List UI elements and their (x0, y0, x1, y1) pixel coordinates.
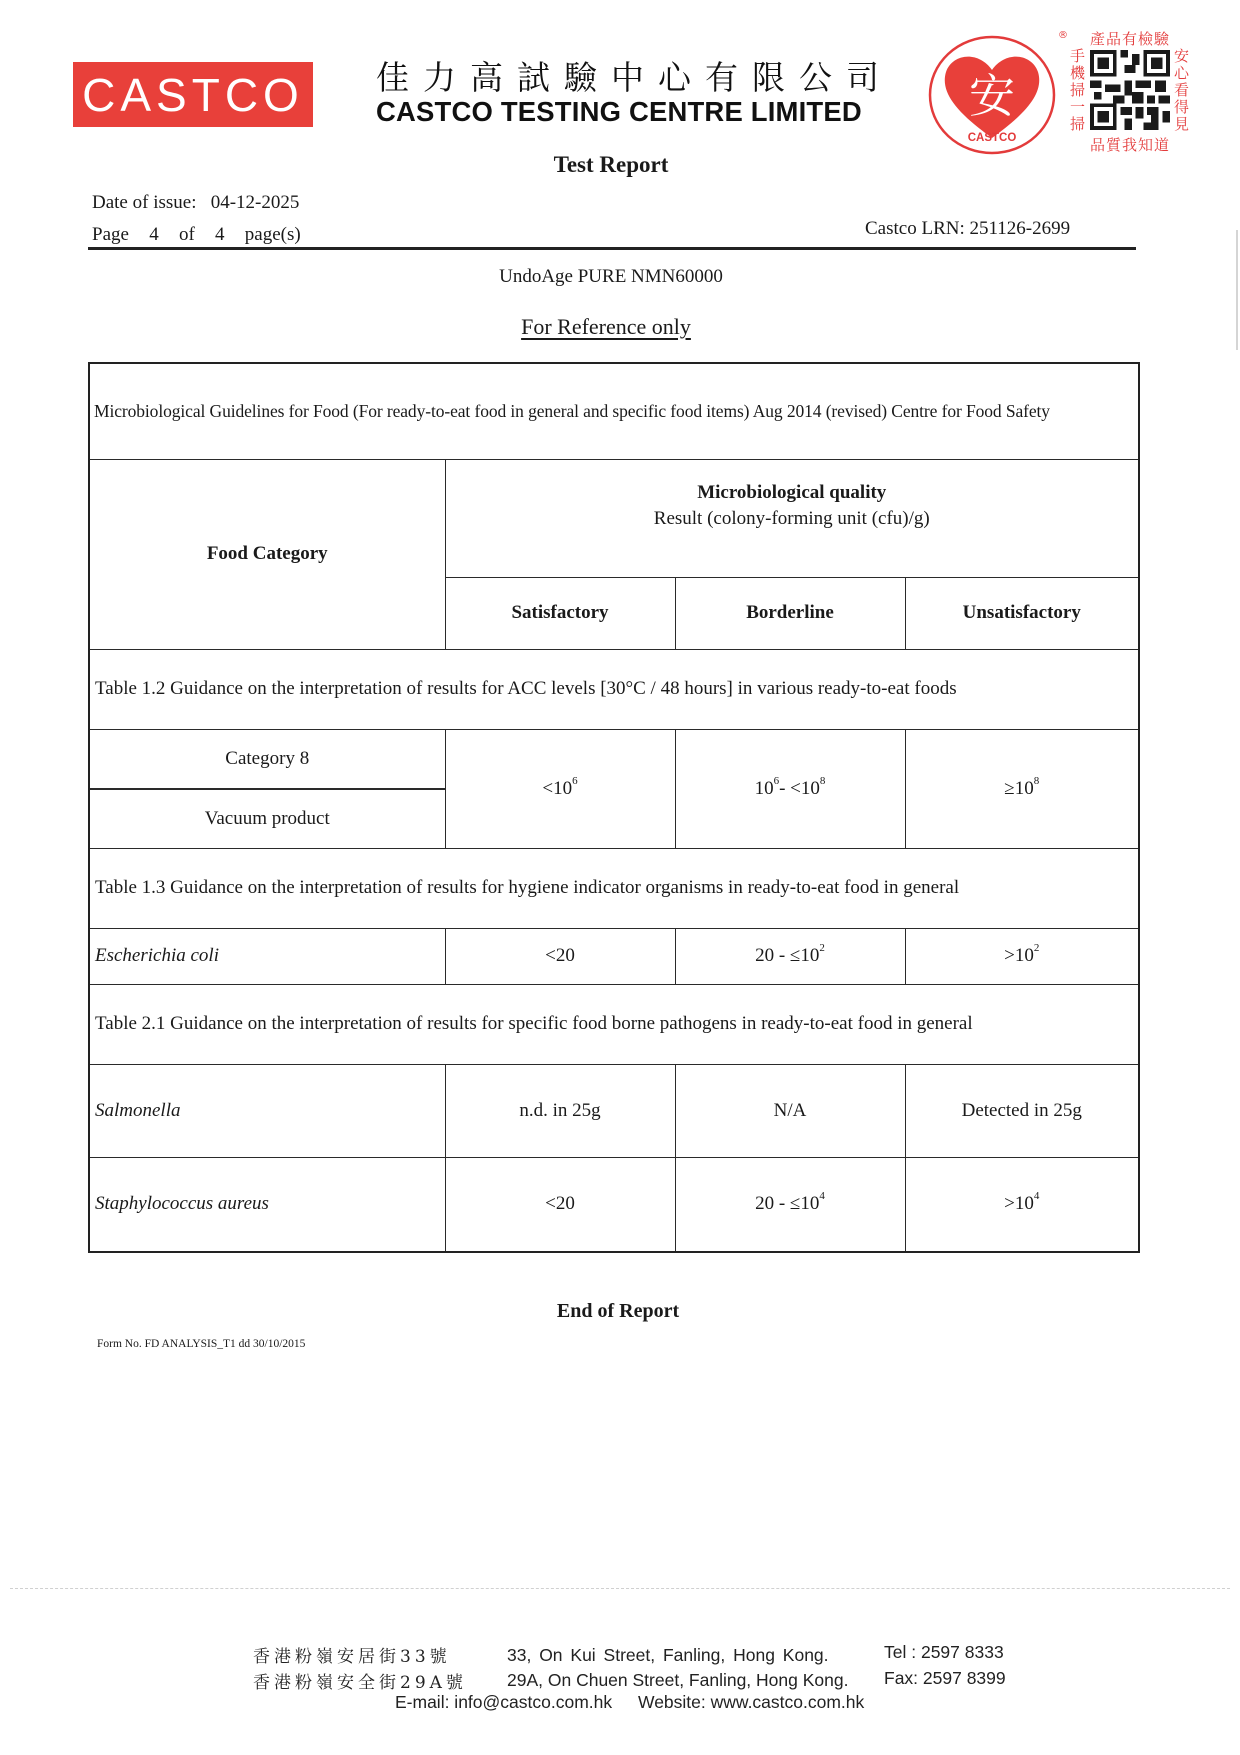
category-line-2: Vacuum product (90, 790, 445, 848)
quality-title: Microbiological quality (446, 482, 1139, 504)
address1-english: 33, On Kui Street, Fanling, Hong Kong. (507, 1645, 829, 1666)
unsatisfactory-value: Detected in 25g (905, 1064, 1139, 1157)
seal-glyph: 安 (969, 69, 1015, 123)
borderline-value: N/A (675, 1064, 905, 1157)
qr-left-text: 手機掃一掃 (1070, 48, 1086, 133)
satisfactory-value: n.d. in 25g (445, 1064, 675, 1157)
header-borderline: Borderline (675, 577, 905, 649)
section-row: Table 2.1 Guidance on the interpretation… (89, 984, 1139, 1064)
unsatisfactory-value: >102 (905, 928, 1139, 984)
svg-text:CASTCO: CASTCO (968, 132, 1017, 144)
castco-lrn: Castco LRN: 251126-2699 (865, 218, 1070, 240)
footer-divider (10, 1588, 1230, 1590)
date-of-issue: Date of issue: 04-12-2025 (92, 192, 299, 214)
page-indicator: Page 4 of 4 page(s) (92, 224, 301, 246)
header-satisfactory: Satisfactory (445, 577, 675, 649)
report-title: Test Report (0, 152, 1222, 178)
date-label: Date of issue: (92, 192, 196, 213)
satisfactory-value: <20 (445, 928, 675, 984)
date-value: 04-12-2025 (211, 192, 300, 213)
qr-code-icon[interactable] (1090, 48, 1170, 132)
satisfactory-value: <106 (445, 729, 675, 848)
header-unsatisfactory: Unsatisfactory (905, 577, 1139, 649)
borderline-value: 106- <108 (675, 729, 905, 848)
category-line-1: Category 8 (90, 730, 445, 790)
section-row: Table 1.3 Guidance on the interpretation… (89, 848, 1139, 928)
castco-logo: CASTCO (73, 62, 313, 127)
lrn-value: 251126-2699 (970, 218, 1071, 239)
borderline-value: 20 - ≤102 (675, 928, 905, 984)
organism-name: Staphylococcus aureus (89, 1157, 445, 1252)
section-title-2-1: Table 2.1 Guidance on the interpretation… (89, 984, 1139, 1064)
address2-english: 29A, On Chuen Street, Fanling, Hong Kong… (507, 1670, 848, 1691)
quality-subtitle: Result (colony-forming unit (cfu)/g) (446, 508, 1139, 530)
registered-mark: ® (1058, 30, 1068, 41)
section-title-1-2: Table 1.2 Guidance on the interpretation… (89, 649, 1139, 729)
address1-chinese: 香港粉嶺安居街33號 (253, 1642, 451, 1667)
email[interactable]: E-mail: info@castco.com.hk (395, 1692, 612, 1713)
reference-note: For Reference only (0, 314, 1222, 340)
qr-badge: 產品有檢驗 手機掃一掃 安心看得見 品質我知道 (1068, 28, 1196, 154)
qr-top-text: 產品有檢驗 (1090, 28, 1170, 49)
organism-name: Salmonella (89, 1064, 445, 1157)
fax: Fax: 2597 8399 (884, 1668, 1006, 1689)
company-name-english: CASTCO TESTING CENTRE LIMITED (376, 96, 862, 128)
satisfactory-value: <20 (445, 1157, 675, 1252)
section-row: Table 1.2 Guidance on the interpretation… (89, 649, 1139, 729)
unsatisfactory-value: >104 (905, 1157, 1139, 1252)
header-food-category: Food Category (89, 459, 445, 649)
page-label: Page (92, 224, 129, 245)
header-microbiological-quality: Microbiological quality Result (colony-f… (445, 459, 1139, 577)
end-of-report: End of Report (0, 1300, 1236, 1323)
company-name-chinese: 佳力高試驗中心有限公司 (376, 52, 893, 99)
telephone: Tel : 2597 8333 (884, 1642, 1004, 1663)
borderline-value: 20 - ≤104 (675, 1157, 905, 1252)
unsatisfactory-value: ≥108 (905, 729, 1139, 848)
heart-seal-logo-icon: 安 CASTCO (926, 34, 1058, 156)
food-category-cell: Category 8 Vacuum product (89, 729, 445, 848)
table-row: Escherichia coli <20 20 - ≤102 >102 (89, 928, 1139, 984)
section-title-1-3: Table 1.3 Guidance on the interpretation… (89, 848, 1139, 928)
page-suffix: page(s) (245, 224, 301, 245)
form-number: Form No. FD ANALYSIS_T1 dd 30/10/2015 (97, 1338, 305, 1350)
address2-chinese: 香港粉嶺安全街29A號 (253, 1668, 467, 1693)
guideline-title: Microbiological Guidelines for Food (For… (89, 363, 1139, 459)
microbiological-guidelines-table: Microbiological Guidelines for Food (For… (88, 362, 1140, 1253)
table-row: Salmonella n.d. in 25g N/A Detected in 2… (89, 1064, 1139, 1157)
scan-edge (1236, 230, 1238, 350)
website[interactable]: Website: www.castco.com.hk (638, 1692, 864, 1713)
guideline-title-row: Microbiological Guidelines for Food (For… (89, 363, 1139, 459)
lrn-label: Castco LRN: (865, 218, 965, 239)
page-total: 4 (215, 224, 225, 245)
qr-right-text: 安心看得見 (1174, 48, 1190, 133)
table-row: Category 8 Vacuum product <106 106- <108… (89, 729, 1139, 848)
page-of: of (179, 224, 195, 245)
page-current: 4 (149, 224, 159, 245)
table-row: Staphylococcus aureus <20 20 - ≤104 >104 (89, 1157, 1139, 1252)
organism-name: Escherichia coli (89, 928, 445, 984)
product-name: UndoAge PURE NMN60000 (0, 266, 1222, 288)
header-divider (88, 247, 1136, 250)
